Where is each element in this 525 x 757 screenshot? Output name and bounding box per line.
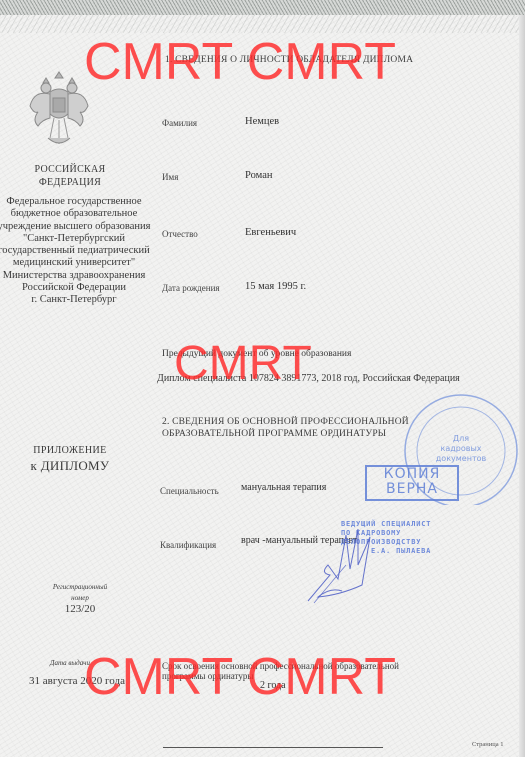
signature-line xyxy=(163,747,383,748)
double-headed-eagle-icon xyxy=(28,68,90,152)
first-name-value: Роман xyxy=(245,170,272,181)
specialty-label: Специальность xyxy=(160,486,219,496)
round-stamp-line: Для xyxy=(453,434,469,443)
birth-date-value: 15 мая 1995 г. xyxy=(245,281,306,292)
institution-line: бюджетное образовательное xyxy=(0,208,154,220)
page-number: Страница 1 xyxy=(472,741,504,748)
country-name: РОССИЙСКАЯ ФЕДЕРАЦИЯ xyxy=(20,163,120,189)
section-2-title: 2. СВЕДЕНИЯ ОБ ОСНОВНОЙ ПРОФЕССИОНАЛЬНОЙ… xyxy=(162,416,409,440)
round-stamp-line: кадровых xyxy=(440,444,481,453)
birth-date-label: Дата рождения xyxy=(162,283,220,293)
institution-name: Федеральное государственное бюджетное об… xyxy=(0,196,154,307)
institution-line: Российской Федерации xyxy=(0,282,154,294)
country-line-1: РОССИЙСКАЯ xyxy=(20,163,120,176)
institution-line: Министерства здравоохранения xyxy=(0,270,154,282)
copy-stamp-line-1: КОПИЯ xyxy=(367,467,457,482)
section-2-title-line-2: ОБРАЗОВАТЕЛЬНОЙ ПРОГРАММЕ ОРДИНАТУРЫ xyxy=(162,428,409,440)
watermark-top: CMRT CMRT xyxy=(84,36,396,88)
certified-copy-stamp: КОПИЯ ВЕРНА xyxy=(365,465,459,501)
page-edge xyxy=(519,15,525,757)
watermark-middle: CMRT xyxy=(174,338,312,390)
guilloche-border xyxy=(0,0,525,15)
round-stamp-line: документов xyxy=(436,454,487,463)
watermark-bottom: CMRT CMRT xyxy=(84,651,396,703)
institution-line: медицинский университет" xyxy=(0,257,154,269)
appendix-title-line-2: к ДИПЛОМУ xyxy=(20,458,120,474)
institution-line: г. Санкт-Петербург xyxy=(0,294,154,306)
appendix-title-line-1: ПРИЛОЖЕНИЕ xyxy=(20,445,120,456)
registration-number-label: Регистрационный номер xyxy=(20,582,140,604)
country-line-2: ФЕДЕРАЦИЯ xyxy=(20,176,120,189)
institution-line: "Санкт-Петербургский xyxy=(0,233,154,245)
institution-line: государственный педиатрический xyxy=(0,245,154,257)
qualification-label: Квалификация xyxy=(160,540,216,550)
diploma-appendix-page: РОССИЙСКАЯ ФЕДЕРАЦИЯ Федеральное государ… xyxy=(0,0,525,757)
specialty-value: мануальная терапия xyxy=(241,482,326,493)
copy-stamp-line-2: ВЕРНА xyxy=(367,482,457,497)
first-name-label: Имя xyxy=(162,172,178,182)
registration-number: 123/20 xyxy=(20,603,140,615)
patronymic-value: Евгеньевич xyxy=(245,227,296,238)
institution-line: учреждение высшего образования xyxy=(0,221,154,233)
patronymic-label: Отчество xyxy=(162,229,198,239)
surname-label: Фамилия xyxy=(162,118,197,128)
institution-line: Федеральное государственное xyxy=(0,196,154,208)
section-2-title-line-1: 2. СВЕДЕНИЯ ОБ ОСНОВНОЙ ПРОФЕССИОНАЛЬНОЙ xyxy=(162,416,409,428)
registration-label-line-1: Регистрационный xyxy=(20,582,140,593)
surname-value: Немцев xyxy=(245,116,279,127)
handwritten-signature-icon xyxy=(300,525,390,605)
